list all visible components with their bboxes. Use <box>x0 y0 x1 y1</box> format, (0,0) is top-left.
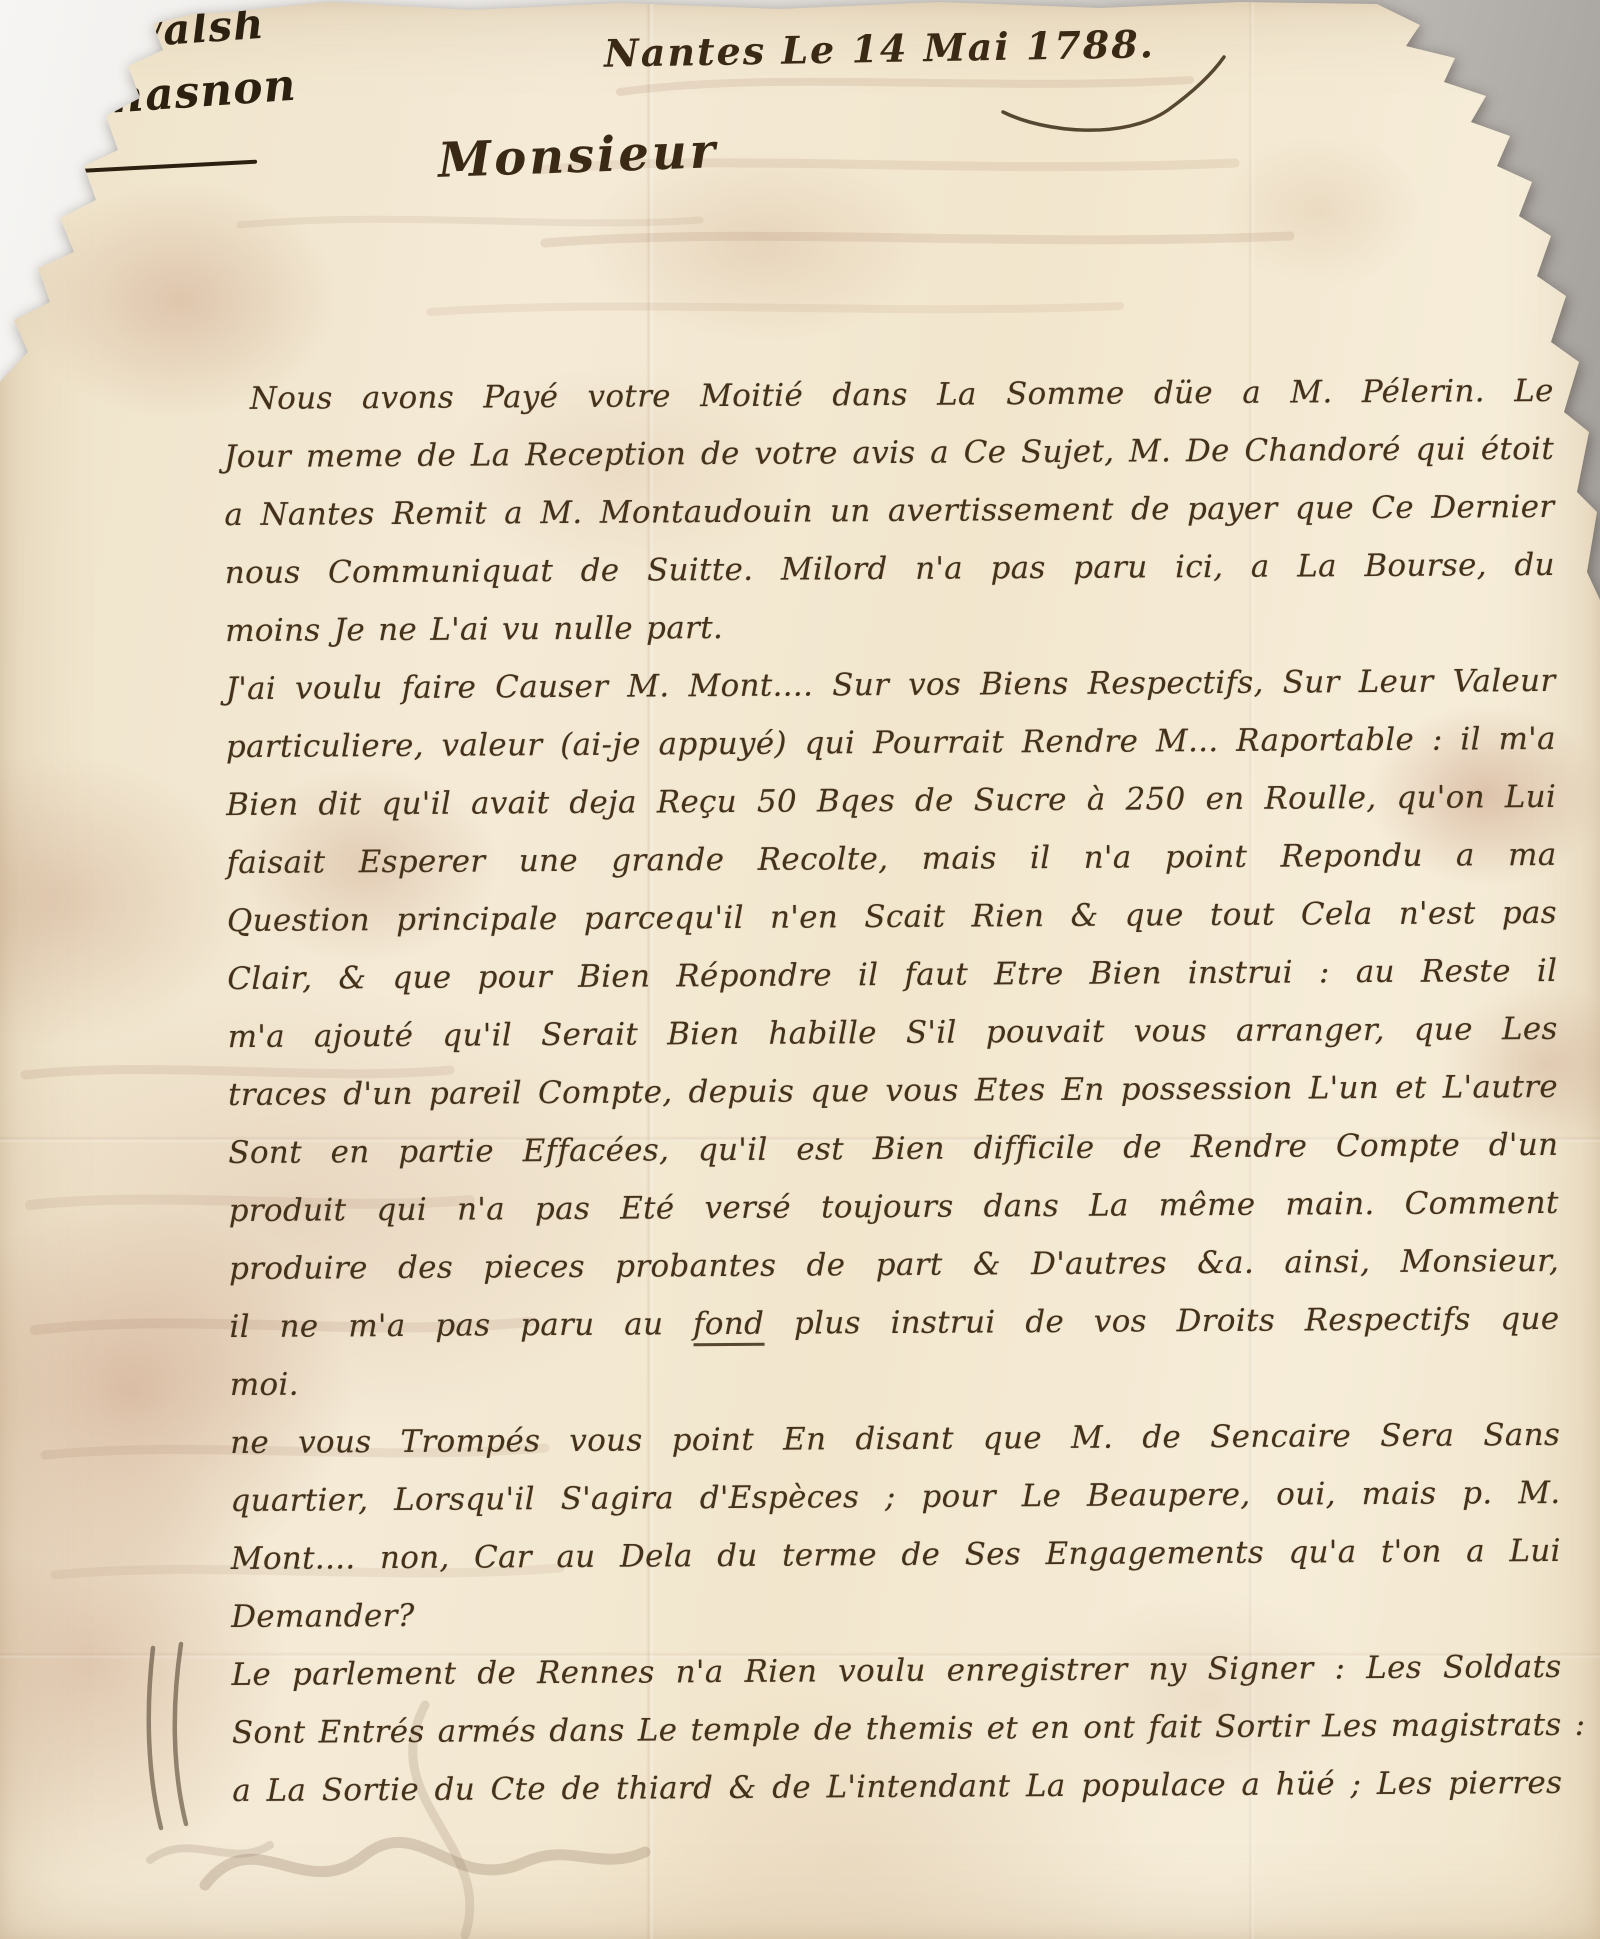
dateline: Nantes Le 14 Mai 1788. <box>604 21 1156 76</box>
scan-background: C. Walsh a Chasnon Nantes Le 14 Mai 1788… <box>0 0 1600 1939</box>
annotation-name: C. Walsh <box>24 0 293 64</box>
body-line: quartier, Lorsqu'il S'agira d'Espèces ; … <box>230 1464 1560 1530</box>
underlined-word: fond <box>693 1306 764 1346</box>
body-line: Clair, & que pour Bien Répondre il faut … <box>227 942 1557 1008</box>
body-line: faisait Esperer une grande Recolte, mais… <box>226 826 1556 892</box>
annotation-place: a Chasnon <box>29 60 298 129</box>
body-line: Nous avons Payé votre Moitié dans La Som… <box>224 362 1554 428</box>
body-line: m'a ajouté qu'il Serait Bien habille S'i… <box>227 1000 1557 1066</box>
annotation-underline <box>23 160 257 176</box>
margin-pencil-mark <box>149 1644 186 1828</box>
body-line: produire des pieces probantes de part & … <box>229 1232 1559 1298</box>
paper-shadow: C. Walsh a Chasnon Nantes Le 14 Mai 1788… <box>0 0 1600 1939</box>
body-line: Bien dit qu'il avait deja Reçu 50 Bqes d… <box>226 768 1556 834</box>
body-line: Demander? <box>231 1580 1561 1646</box>
body-line: particuliere, valeur (ai-je appuyé) qui … <box>226 710 1556 776</box>
letter-body: Nous avons Payé votre Moitié dans La Som… <box>224 362 1563 1820</box>
body-line: traces d'un pareil Compte, depuis que vo… <box>228 1058 1558 1124</box>
body-line: a Nantes Remit a M. Montaudouin un avert… <box>224 478 1554 544</box>
body-line: a La Sortie du Cte de thiard & de L'inte… <box>232 1754 1562 1820</box>
body-line: Sont en partie Effacées, qu'il est Bien … <box>228 1116 1558 1182</box>
letter-paper: C. Walsh a Chasnon Nantes Le 14 Mai 1788… <box>0 0 1600 1939</box>
body-line: Le parlement de Rennes n'a Rien voulu en… <box>231 1638 1561 1704</box>
body-line: J'ai voulu faire Causer M. Mont.... Sur … <box>225 652 1555 718</box>
body-line: produit qui n'a pas Eté versé toujours d… <box>229 1174 1559 1240</box>
body-line: ne vous Trompés vous point En disant que… <box>230 1406 1560 1472</box>
body-line-fragment: plus instrui de vos Droits Respectifs qu… <box>764 1301 1559 1342</box>
body-line-fragment: il ne m'a pas paru au <box>229 1306 693 1345</box>
body-line-with-underline: il ne m'a pas paru au fond plus instrui … <box>229 1290 1559 1356</box>
sender-annotation: C. Walsh a Chasnon <box>24 0 298 129</box>
body-line: Sont Entrés armés dans Le temple de them… <box>232 1696 1562 1762</box>
salutation: Monsieur <box>437 123 719 189</box>
body-line: Mont.... non, Car au Dela du terme de Se… <box>231 1522 1561 1588</box>
body-line: Question principale parcequ'il n'en Scai… <box>227 884 1557 950</box>
body-line: moins Je ne L'ai vu nulle part. <box>225 594 1555 660</box>
body-line: Jour meme de La Reception de votre avis … <box>224 420 1554 486</box>
body-line: nous Communiquat de Suitte. Milord n'a p… <box>225 536 1555 602</box>
body-line: moi. <box>230 1348 1560 1414</box>
bleedthrough-signature <box>205 1842 645 1885</box>
